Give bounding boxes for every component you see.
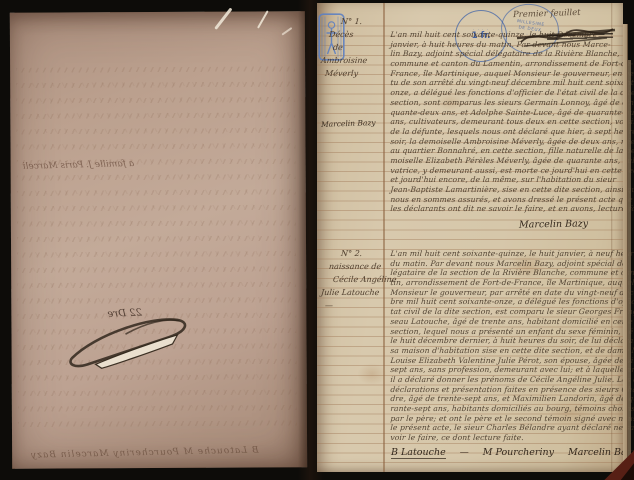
bleedthrough-signatures: B Latouche M Pourcheriny Marcelin Bazy <box>30 445 259 460</box>
handwritten-line: naissance de <box>318 260 381 273</box>
act1-signature: Marcelin Bazy <box>519 218 588 230</box>
handwritten-line: onze, a délégué les fonctions d'officier… <box>390 88 621 98</box>
handwritten-line: au quartier Bonnahré, en cette section, … <box>390 146 621 156</box>
handwritten-line: de <box>318 41 381 54</box>
handwritten-line: de la défunte, lesquels nous ont déclaré… <box>390 127 621 137</box>
handwritten-line: les déclarants ont dit ne savoir le fair… <box>390 204 621 214</box>
handwritten-line: nous en sommes assurés, et avons dressé … <box>390 195 621 205</box>
handwritten-line: voir le faire, ce dont lecture faite. <box>390 433 621 443</box>
right-page: · · · · 1 fr. · · · MILLESIMEDE DEUX· · … <box>317 3 623 472</box>
handwritten-line: tu de son arrêté du vingt-neuf décembre … <box>390 78 621 88</box>
paper-scratch <box>257 10 269 28</box>
handwritten-line: et jourd'hui encore, de la même, sur l'h… <box>390 175 621 185</box>
handwritten-line: vatrice, y demeurant aussi, est morte ce… <box>390 166 621 176</box>
handwritten-line: bre mil huit cent soixante-onze, a délég… <box>390 297 621 307</box>
handwritten-line: ans, cultivateurs, demeurant tous deux e… <box>390 117 621 127</box>
handwritten-line: Décès <box>318 28 381 41</box>
handwritten-line: par le père; et ont le père et le second… <box>390 414 621 424</box>
handwritten-line: déclarations et présentation faites en p… <box>390 385 621 395</box>
handwritten-line: quante-deux ans, et Adolphe Sainte-Luce,… <box>390 108 621 118</box>
handwritten-line: du matin. Par devant nous Marcelin Bazy,… <box>390 259 621 269</box>
handwritten-line: tin, arrondissement de Fort-de-France, î… <box>390 278 621 288</box>
handwritten-line: L'an mil huit cent soixante-quinze, le h… <box>390 249 621 259</box>
signature-pourcheriny: M Pourcheriny <box>483 447 554 458</box>
ink-flourish-mark <box>63 304 197 393</box>
handwritten-line: Monsieur le gouverneur, par arrêté en da… <box>390 288 621 298</box>
handwritten-line: Méverly <box>318 67 381 80</box>
scanned-register-spread: a famille J. Paris Marceli 22 Dre B Lato… <box>0 0 634 480</box>
act2-signature-row: B Latouche — M Pourcheriny Marcelin Bazy <box>391 447 615 459</box>
left-page: a famille J. Paris Marceli 22 Dre B Lato… <box>10 11 307 469</box>
signature-dash: — <box>460 448 469 458</box>
handwritten-line: Ambroisine <box>318 54 381 67</box>
handwritten-line: lin Bazy, adjoint spécial délégataire de… <box>390 49 621 59</box>
handwritten-line: Cécile Angéline <box>318 273 381 286</box>
handwritten-line: N° 2. <box>318 247 381 260</box>
handwritten-line: Jean-Baptiste Lamartinière, sise en cett… <box>390 185 621 195</box>
act1-margin-notes: N° 1.DécèsdeAmbroisineMéverly <box>319 15 381 80</box>
handwritten-line: dre, âgé de trente-sept ans, et Maximili… <box>390 394 621 404</box>
paper-scratch <box>281 27 292 36</box>
handwritten-line: commune et canton du Lamentin, arrondiss… <box>390 59 621 69</box>
paper-stain <box>357 363 387 385</box>
handwritten-line: N° 1. <box>318 15 381 28</box>
margin-rule-line <box>383 3 385 472</box>
handwritten-line: section, sont comparus les sieurs Germai… <box>390 98 621 108</box>
handwritten-line: section, lequel nous a présenté un enfan… <box>390 327 621 337</box>
handwritten-line: le huit décembre dernier, à huit heures … <box>390 336 621 346</box>
handwritten-line: tat civil de la dite section, est compar… <box>390 307 621 317</box>
handwritten-line: L'an mil huit cent soixante-quinze, le h… <box>390 30 621 40</box>
act2-margin-notes: N° 2.naissance deCécile AngélineJulie La… <box>319 247 381 312</box>
handwritten-line: — <box>318 299 381 312</box>
handwritten-line: il a déclaré donner les prénoms de Cécil… <box>390 375 621 385</box>
act1-margin-signature: Marcelin Bazy <box>321 118 376 129</box>
page-stack-edge <box>628 60 631 472</box>
handwritten-line: seau Latouche, âgé de trente ans, habita… <box>390 317 621 327</box>
handwritten-line: sept ans, sans profession, demeurant ave… <box>390 365 621 375</box>
handwritten-line: janvier, à huit heures du matin. Par dev… <box>390 40 621 50</box>
paper-scratch <box>214 7 232 29</box>
handwritten-line: moiselle Elizabeth Pérèles Méverly, âgée… <box>390 156 621 166</box>
handwritten-line: rante-sept ans, habitants domiciliés au … <box>390 404 621 414</box>
handwritten-line: sa maison d'habitation sise en cette dit… <box>390 346 621 356</box>
act2-body-text: L'an mil huit cent soixante-quinze, le h… <box>390 249 620 443</box>
handwritten-line: le présent acte, le sieur Charles Béland… <box>390 423 621 433</box>
signature-latouche: B Latouche <box>391 447 446 459</box>
handwritten-line: Louise Elizabeth Valentine Julie Pérot, … <box>390 356 621 366</box>
handwritten-line: soir, la demoiselle Ambroisine Méverly, … <box>390 137 621 147</box>
act1-body-text: L'an mil huit cent soixante-quinze, le h… <box>390 30 620 214</box>
handwritten-line: légataire de la section de la Rivière Bl… <box>390 268 621 278</box>
handwritten-line: France, île Martinique, auquel Monsieur … <box>390 69 621 79</box>
handwritten-line: Julie Latouche <box>318 286 381 299</box>
